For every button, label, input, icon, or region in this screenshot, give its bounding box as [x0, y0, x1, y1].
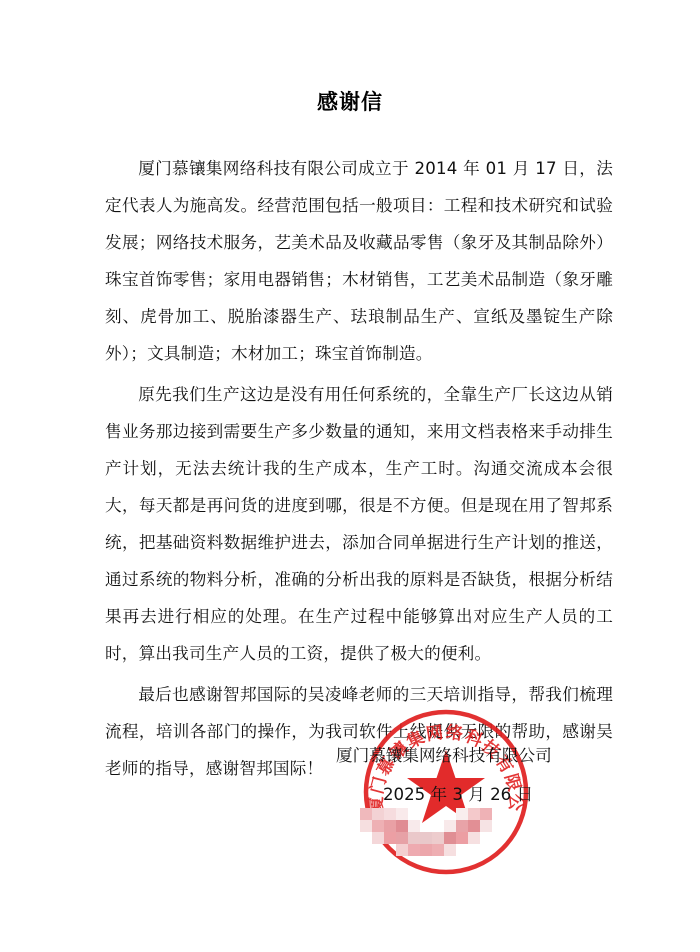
paragraph-system-usage: 原先我们生产这边是没有用任何系统的，全靠生产厂长这边从销售业务那边接到需要生产多…	[105, 376, 613, 672]
signature-date: 2025 年 3 月 26 日	[383, 781, 533, 805]
paragraph-company-intro: 厦门慕镶集网络科技有限公司成立于 2014 年 01 月 17 日，法定代表人为…	[105, 150, 613, 372]
paragraph-thanks: 最后也感谢智邦国际的吴凌峰老师的三天培训指导，帮我们梳理流程，培训各部门的操作，…	[105, 676, 613, 787]
signature-company: 厦门慕镶集网络科技有限公司	[336, 742, 552, 766]
letter-body: 厦门慕镶集网络科技有限公司成立于 2014 年 01 月 17 日，法定代表人为…	[105, 150, 613, 787]
letter-page: 感谢信 厦门慕镶集网络科技有限公司成立于 2014 年 01 月 17 日，法定…	[0, 0, 700, 952]
letter-title: 感谢信	[0, 86, 700, 116]
seal-pixelated-area	[360, 808, 490, 868]
